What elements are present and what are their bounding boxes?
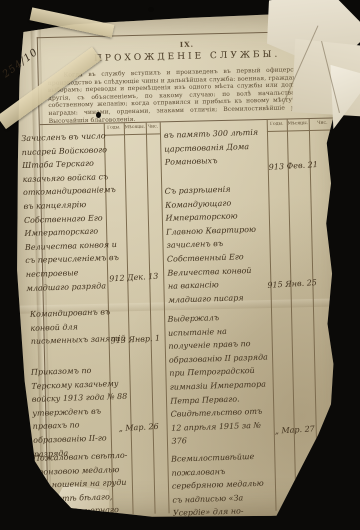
entry-day: 21 xyxy=(307,160,318,170)
column-rule xyxy=(309,119,319,510)
entry-day: 27 xyxy=(304,424,315,434)
scan-background: IX. ПРОХОЖДЕНІЕ СЛУЖБЫ. Когда въ службу … xyxy=(0,0,360,530)
entry-date: 913 Янвр. 1 xyxy=(110,334,160,346)
service-entry: Выдержалъ испытаніе на полученіе правъ п… xyxy=(167,310,271,449)
header-month-left: Мѣсяцы. xyxy=(124,125,146,130)
service-entry: въ память 300 лѣтія царствованія Дома Ро… xyxy=(164,126,265,170)
column-rule xyxy=(146,123,156,514)
service-entry: Съ разрѣшенія Командующаго Императорскою… xyxy=(164,182,262,307)
entry-date: 915 Янв. 25 xyxy=(267,278,317,290)
entry-year: 913 xyxy=(110,336,126,346)
entry-month: Фев. xyxy=(286,161,305,171)
service-entry: Зачисленъ въ число писарей Войскового Шт… xyxy=(21,129,122,295)
entry-year: „ xyxy=(118,424,123,433)
header-day-right: Чис. xyxy=(309,120,336,126)
entry-day: 25 xyxy=(306,278,317,288)
column-rule xyxy=(287,120,297,511)
entry-day: 13 xyxy=(148,272,159,282)
ink-speck xyxy=(148,7,154,12)
entry-day: 1 xyxy=(155,334,161,343)
service-entry: Пожалованъ свѣтло-бронзовою медалью для … xyxy=(33,449,132,530)
entry-month: Янвр. xyxy=(128,334,153,344)
entry-month: Мар. xyxy=(125,423,146,433)
entry-date: „ Мар. 27 xyxy=(275,424,316,435)
column-rule xyxy=(267,120,277,511)
service-entry: Приказомъ по Терскому казачьему войску 1… xyxy=(31,363,130,461)
entry-year: „ xyxy=(275,426,280,435)
entry-year: 912 xyxy=(109,274,125,284)
entry-year: 915 xyxy=(267,280,283,290)
service-record-table: Годы. Мѣсяцы. Чис. Годы. Мѣсяцы. Чис. За… xyxy=(40,117,347,516)
header-rule xyxy=(267,129,338,132)
entry-year: 913 xyxy=(269,162,285,172)
entry-date: 912 Дек. 13 xyxy=(109,272,159,284)
header-year-right: Годы. xyxy=(267,122,287,127)
header-day-left: Чис. xyxy=(146,124,160,129)
entry-day: 26 xyxy=(148,422,159,432)
ink-speck xyxy=(96,112,101,118)
entry-month: Янв. xyxy=(285,279,304,289)
entry-month: Мар. xyxy=(281,425,302,435)
service-entry: Всемилостивѣйше пожалованъ серебряною ме… xyxy=(171,450,269,521)
entry-month: Дек. xyxy=(127,272,146,282)
header-month-right: Мѣсяцы. xyxy=(287,121,309,126)
